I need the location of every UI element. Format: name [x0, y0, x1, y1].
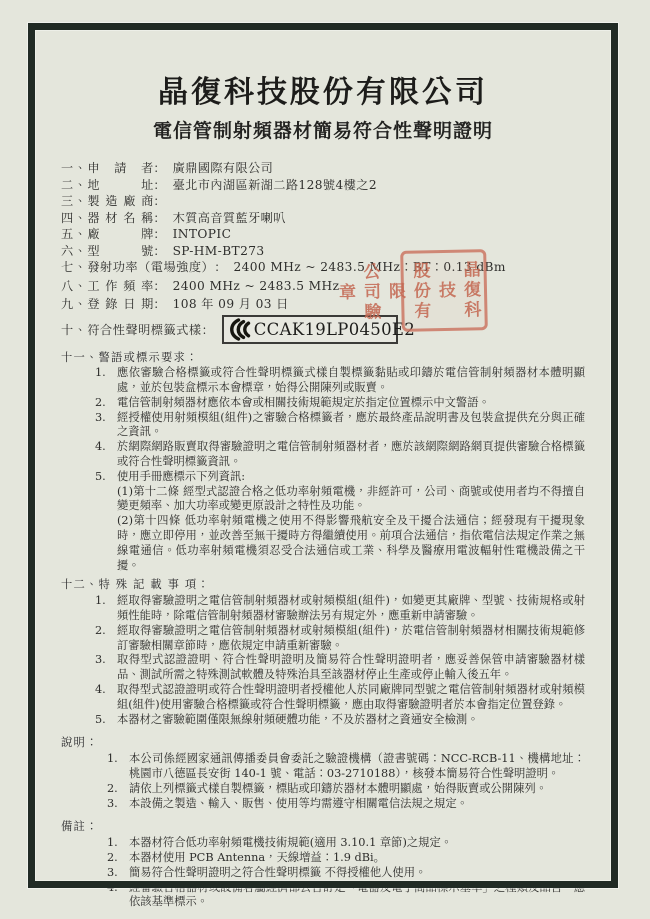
field-colon: ： — [153, 209, 165, 226]
field-colon: ： — [153, 159, 165, 176]
field-value: 木質高音質藍牙喇叭 — [173, 209, 286, 226]
list-item: 2. 本器材使用 PCB Antenna，天線增益：1.9 dBi。 — [61, 851, 585, 866]
section-heading: 十一、警語或標示要求： — [61, 351, 585, 366]
item-number: 5. — [95, 713, 117, 728]
item-text: 經取得審驗證明之電信管制射頻器材或射頻模組(組件)，於電信管制射頻器材相關技術規… — [117, 624, 585, 654]
item-text: 簡易符合性聲明證明之符合性聲明標籤 不得授權他人使用。 — [129, 866, 585, 881]
list-item: 2. 經取得審驗證明之電信管制射頻器材或射頻模組(組件)，於電信管制射頻器材相關… — [61, 624, 585, 654]
field-colon: ： — [214, 258, 226, 275]
list-item: 3. 本設備之製造、輸入、販售、使用等均需遵守相關電信法規之規定。 — [61, 797, 585, 812]
certificate-content: 晶復科技股份有限公司 電信管制射頻器材簡易符合性聲明證明 一、申請者：廣鼎國際有… — [35, 30, 611, 881]
item-number: 3. — [95, 411, 117, 426]
item-text: 經授權使用射頻模組(組件)之審驗合格標籤者，應於最終產品說明書及包裝盒提供充分與… — [117, 411, 585, 441]
section-heading: 十二、特 殊 記 載 事 項： — [61, 578, 585, 593]
field-label: 發射功率（電場強度） — [87, 258, 214, 275]
item-text: 電信管制射頻器材應依本會或相關技術規範規定於指定位置標示中文警語。 — [117, 396, 585, 411]
field-label: 型號 — [87, 242, 153, 259]
ncc-wave-icon — [227, 318, 252, 341]
field-registration-date: 九、登錄日期：108 年 09 月 03 日 — [61, 295, 585, 314]
field-number: 二、 — [61, 176, 87, 193]
list-item: 5. 本器材之審驗範圍僅限無線射頻硬體功能，不及於器材之資通安全檢測。 — [61, 713, 585, 728]
field-model: 六、型號：SP-HM-BT273 — [61, 242, 585, 259]
field-colon: ： — [153, 295, 165, 312]
item-text: 於網際網路販賣取得審驗證明之電信管制射頻器材者，應於該網際網路網頁提供審驗合格標… — [117, 440, 585, 470]
item-number: 4. — [95, 683, 117, 698]
list-item: 1. 應依審驗合格標籤或符合性聲明標籤式樣自製標籤黏貼或印鑄於電信管制射頻器材本… — [61, 366, 585, 396]
list-item: 3. 取得型式認證證明、符合性聲明證明及簡易符合性聲明證明者，應妥善保管申請審驗… — [61, 653, 585, 683]
field-colon: ： — [153, 176, 165, 193]
item-number: 1. — [107, 752, 129, 767]
company-seal-stamp: 晶復科技 股份有限 公司驗章 — [400, 249, 488, 332]
list-item: 1. 本公司係經國家通訊傳播委員會委託之驗證機構（證書號碼：NCC-RCB-11… — [61, 752, 585, 782]
field-number: 八、 — [61, 277, 87, 294]
list-item: 5. 使用手冊應標示下列資訊: (1)第十二條 經型式認證合格之低功率射頻電機，… — [61, 470, 585, 574]
list-item: 3. 經授權使用射頻模組(組件)之審驗合格標籤者，應於最終產品說明書及包裝盒提供… — [61, 411, 585, 441]
field-tx-power: 七、發射功率（電場強度）：2400 MHz ~ 2483.5 MHz：BT：0.… — [61, 258, 585, 277]
item-number: 2. — [107, 851, 129, 866]
company-title: 晶復科技股份有限公司 — [61, 76, 585, 110]
field-value: 108 年 09 月 03 日 — [173, 295, 289, 312]
section-special-notes: 十二、特 殊 記 載 事 項： 1. 經取得審驗證明之電信管制射頻器材或射頻模組… — [61, 578, 585, 727]
section-remarks: 備註： 1. 本器材符合低功率射頻電機技術規範(適用 3.10.1 章節)之規定… — [61, 820, 585, 910]
item-number: 2. — [107, 782, 129, 797]
field-operating-frequency: 八、工作頻率：2400 MHz ~ 2483.5 MHz — [61, 277, 585, 296]
field-value: 廣鼎國際有限公司 — [173, 159, 274, 176]
item-text: 應依審驗合格標籤或符合性聲明標籤式樣自製標籤黏貼或印鑄於電信管制射頻器材本體明顯… — [117, 366, 585, 396]
field-label-style: 十、符合性聲明標籤式樣： CCAK19LP0450E2 — [61, 314, 585, 346]
field-number: 七、 — [61, 258, 87, 275]
list-item: 4. 經審驗合格器材或設備若屬經濟部公告訂定「電器及電子商品標示基準」之種類及品… — [61, 881, 585, 911]
item-number: 3. — [107, 797, 129, 812]
field-colon: ： — [153, 242, 165, 259]
field-value: 臺北市內湖區新湖二路128號4樓之2 — [173, 176, 377, 193]
item-number: 4. — [107, 881, 129, 896]
field-label: 地址 — [87, 176, 153, 193]
field-label: 製造廠商 — [87, 192, 153, 209]
item-number: 1. — [95, 594, 117, 609]
field-brand: 五、廠牌：INTOPIC — [61, 225, 585, 242]
item-number: 2. — [95, 624, 117, 639]
item-number: 5. — [95, 470, 117, 485]
field-number: 三、 — [61, 192, 87, 209]
field-applicant: 一、申請者：廣鼎國際有限公司 — [61, 159, 585, 176]
field-number: 五、 — [61, 225, 87, 242]
field-number: 九、 — [61, 295, 87, 312]
item-text: 本器材使用 PCB Antenna，天線增益：1.9 dBi。 — [129, 851, 585, 866]
item-number: 3. — [107, 866, 129, 881]
item-text: 經取得審驗證明之電信管制射頻器材或射頻模組(組件)，如變更其廠牌、型號、技術規格… — [117, 594, 585, 624]
sub-item: (2)第十四條 低功率射頻電機之使用不得影響飛航安全及干擾合法通信；經發現有干擾… — [117, 514, 585, 573]
list-item: 3. 簡易符合性聲明證明之符合性聲明標籤 不得授權他人使用。 — [61, 866, 585, 881]
label-code: CCAK19LP0450E2 — [254, 320, 415, 339]
field-label: 符合性聲明標籤式樣 — [87, 321, 201, 338]
section-heading: 備註： — [61, 820, 585, 835]
list-item: 4. 取得型式認證證明或符合性聲明證明者授權他人於同廠牌同型號之電信管制射頻器材… — [61, 683, 585, 713]
field-address: 二、地址：臺北市內湖區新湖二路128號4樓之2 — [61, 176, 585, 193]
field-label: 申請者 — [87, 159, 153, 176]
list-item: 4. 於網際網路販賣取得審驗證明之電信管制射頻器材者，應於該網際網路網頁提供審驗… — [61, 440, 585, 470]
section-explanation: 說明： 1. 本公司係經國家通訊傳播委員會委託之驗證機構（證書號碼：NCC-RC… — [61, 736, 585, 811]
field-label: 廠牌 — [87, 225, 153, 242]
item-text: 本器材符合低功率射頻電機技術規範(適用 3.10.1 章節)之規定。 — [129, 836, 585, 851]
section-warnings: 十一、警語或標示要求： 1. 應依審驗合格標籤或符合性聲明標籤式樣自製標籤黏貼或… — [61, 351, 585, 574]
item-number: 1. — [107, 836, 129, 851]
field-colon: ： — [153, 277, 165, 294]
field-list: 一、申請者：廣鼎國際有限公司 二、地址：臺北市內湖區新湖二路128號4樓之2 三… — [61, 159, 585, 346]
field-value: SP-HM-BT273 — [173, 244, 265, 258]
field-number: 六、 — [61, 242, 87, 259]
section-heading: 說明： — [61, 736, 585, 751]
field-label: 器材名稱 — [87, 209, 153, 226]
item-text: 請依上列標籤式樣自製標籤，標貼或印鑄於器材本體明顯處，始得販賣或公開陳列。 — [129, 782, 585, 797]
item-text: 本設備之製造、輸入、販售、使用等均需遵守相關電信法規之規定。 — [129, 797, 585, 812]
scanned-certificate-page: { "colors": { "paper": "#e4e6dc", "frame… — [0, 0, 650, 919]
list-item: 1. 經取得審驗證明之電信管制射頻器材或射頻模組(組件)，如變更其廠牌、型號、技… — [61, 594, 585, 624]
field-value: 2400 MHz ~ 2483.5 MHz — [173, 279, 340, 293]
field-manufacturer: 三、製造廠商： — [61, 192, 585, 209]
field-product-name: 四、器材名稱：木質高音質藍牙喇叭 — [61, 209, 585, 226]
field-colon: ： — [153, 225, 165, 242]
field-colon: ： — [153, 192, 165, 209]
item-number: 2. — [95, 396, 117, 411]
document-title: 電信管制射頻器材簡易符合性聲明證明 — [61, 119, 585, 144]
item-text: 使用手冊應標示下列資訊: (1)第十二條 經型式認證合格之低功率射頻電機，非經許… — [117, 470, 585, 574]
item-number: 1. — [95, 366, 117, 381]
sub-item: (1)第十二條 經型式認證合格之低功率射頻電機，非經許可，公司、商號或使用者均不… — [117, 485, 585, 515]
item-text: 經審驗合格器材或設備若屬經濟部公告訂定「電器及電子商品標示基準」之種類及品目，應… — [129, 881, 585, 911]
field-label: 登錄日期 — [87, 295, 153, 312]
list-item: 2. 請依上列標籤式樣自製標籤，標貼或印鑄於器材本體明顯處，始得販賣或公開陳列。 — [61, 782, 585, 797]
field-number: 十、 — [61, 321, 87, 338]
list-item: 1. 本器材符合低功率射頻電機技術規範(適用 3.10.1 章節)之規定。 — [61, 836, 585, 851]
field-number: 一、 — [61, 159, 87, 176]
field-label: 工作頻率 — [87, 277, 153, 294]
item-text: 取得型式認證證明或符合性聲明證明者授權他人於同廠牌同型號之電信管制射頻器材或射頻… — [117, 683, 585, 713]
item-text: 本公司係經國家通訊傳播委員會委託之驗證機構（證書號碼：NCC-RCB-11、機構… — [129, 752, 585, 782]
list-item: 2. 電信管制射頻器材應依本會或相關技術規範規定於指定位置標示中文警語。 — [61, 396, 585, 411]
field-number: 四、 — [61, 209, 87, 226]
field-value: INTOPIC — [173, 227, 232, 241]
item-text: 取得型式認證證明、符合性聲明證明及簡易符合性聲明證明者，應妥善保管申請審驗器材樣… — [117, 653, 585, 683]
item-number: 4. — [95, 440, 117, 455]
item-number: 3. — [95, 653, 117, 668]
item-text: 本器材之審驗範圍僅限無線射頻硬體功能，不及於器材之資通安全檢測。 — [117, 713, 585, 728]
field-colon: ： — [202, 321, 214, 338]
